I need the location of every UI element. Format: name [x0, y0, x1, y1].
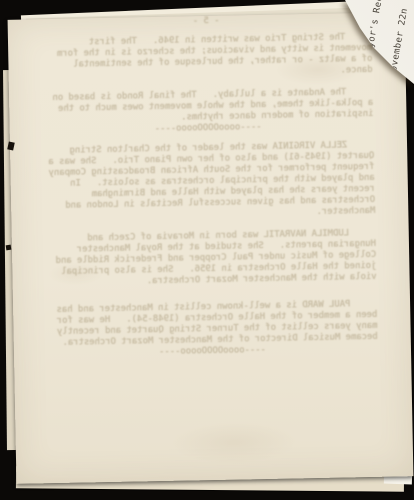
photo-scan: - 5 - The String Trio was written in 194… [0, 0, 414, 500]
mirrored-bleedthrough-text: - 5 - The String Trio was written in 194… [8, 12, 414, 484]
paragraph-cellist-bio: PAUL WARD is a well-known cellist in Man… [46, 299, 378, 349]
paragraph-violinist-bio: ZELLA VIRGINIA was the leader of the Cha… [43, 140, 375, 223]
paragraph-andante: The Andante is a lullaby. The final Rond… [42, 87, 374, 126]
binding-notch [6, 245, 12, 251]
paragraph-string-trio: The String Trio was written in 1946. The… [41, 32, 373, 82]
paragraph-violist-bio: LUDMILA NAVRATIL was born in Moravia of … [45, 228, 377, 289]
programme-page: - 5 - The String Trio was written in 194… [8, 12, 414, 484]
